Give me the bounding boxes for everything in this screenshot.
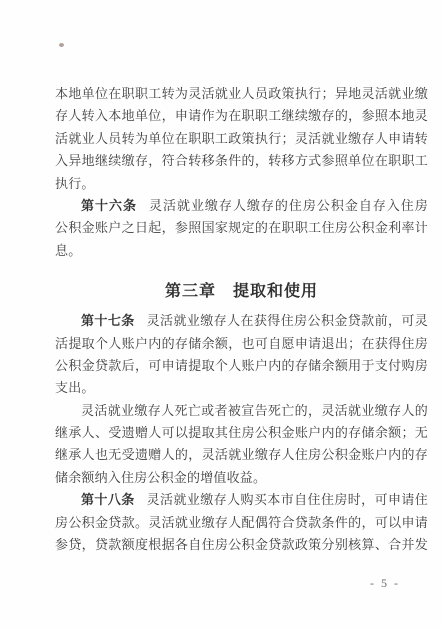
text-line: 支出。 [55,377,428,399]
text-line-content: 执行。 [55,176,95,191]
text-line: 本地单位在职职工转为灵活就业人员政策执行；异地灵活就业缴 [55,83,428,105]
article-number-label: 第十七条 [81,313,135,328]
document-body: 本地单位在职职工转为灵活就业人员政策执行；异地灵活就业缴存人转入本地单位，申请作… [55,83,428,556]
text-line: 灵活就业缴存人死亡或者被宣告死亡的，灵活就业缴存人的 [55,400,428,422]
page-number: - 5 - [370,576,400,591]
text-line-content: 支出。 [55,380,95,395]
text-line: 房公积金贷款。灵活就业缴存人配偶符合贷款条件的，可以申请 [55,512,428,534]
text-line: 第十八条灵活就业缴存人购买本市自住住房时，可申请住 [55,489,428,511]
article-number-label: 第十六条 [81,198,137,213]
text-line: 入异地继续缴存，符合转移条件的，转移方式参照单位在职职工 [55,150,428,172]
document-page: 本地单位在职职工转为灵活就业人员政策执行；异地灵活就业缴存人转入本地单位，申请作… [0,0,442,630]
text-line: 执行。 [55,173,428,195]
text-line: 息。 [55,240,428,262]
text-line-content: 本地单位在职职工转为灵活就业人员政策执行；异地灵活就业缴 [55,86,428,101]
text-line: 参贷，贷款额度根据各自住房公积金贷款政策分别核算、合并发 [55,534,428,556]
text-line: 活就业人员转为单位在职职工政策执行；灵活就业缴存人申请转 [55,128,428,150]
text-line: 第十六条灵活就业缴存人缴存的住房公积金自存入住房 [55,195,428,217]
text-line-content: 公积金贷款后，可申请提取个人账户内的存储余额用于支付购房 [55,358,428,373]
text-line-content: 公积金账户之日起，参照国家规定的在职职工住房公积金利率计 [55,220,428,235]
text-line: 第十七条灵活就业缴存人在获得住房公积金贷款前，可灵 [55,310,428,332]
text-line-content: 储余额纳入住房公积金的增值收益。 [55,470,266,485]
article-number-label: 第十八条 [81,492,135,507]
text-line-content: 灵活就业缴存人在获得住房公积金贷款前，可灵 [147,313,428,328]
text-line-content: 存人转入本地单位，申请作为在职职工继续缴存的，参照本地灵 [55,108,428,123]
text-line: 储余额纳入住房公积金的增值收益。 [55,467,428,489]
chapter-heading: 第三章 提取和使用 [55,280,428,304]
text-line-content: 房公积金贷款。灵活就业缴存人配偶符合贷款条件的，可以申请 [55,515,428,530]
text-line-content: 息。 [55,243,81,258]
text-line: 活提取个人账户内的存储余额，也可自愿申请退出；在获得住房 [55,333,428,355]
scan-speck [59,43,64,47]
text-line-content: 活提取个人账户内的存储余额，也可自愿申请退出；在获得住房 [55,336,428,351]
text-line: 继承人也无受遗赠人的，灵活就业缴存人住房公积金账户内的存 [55,444,428,466]
text-line-content: 继承人也无受遗赠人的，灵活就业缴存人住房公积金账户内的存 [55,447,428,462]
text-line: 公积金账户之日起，参照国家规定的在职职工住房公积金利率计 [55,217,428,239]
text-line-content: 灵活就业缴存人缴存的住房公积金自存入住房 [149,198,428,213]
text-line: 存人转入本地单位，申请作为在职职工继续缴存的，参照本地灵 [55,105,428,127]
text-line: 公积金贷款后，可申请提取个人账户内的存储余额用于支付购房 [55,355,428,377]
text-line-content: 继承人、受遗赠人可以提取其住房公积金账户内的存储余额；无 [55,425,428,440]
text-line-content: 灵活就业缴存人死亡或者被宣告死亡的，灵活就业缴存人的 [81,403,428,418]
text-line: 继承人、受遗赠人可以提取其住房公积金账户内的存储余额；无 [55,422,428,444]
text-line-content: 参贷，贷款额度根据各自住房公积金贷款政策分别核算、合并发 [55,537,428,552]
text-line-content: 活就业人员转为单位在职职工政策执行；灵活就业缴存人申请转 [55,131,428,146]
text-line-content: 入异地继续缴存，符合转移条件的，转移方式参照单位在职职工 [55,153,428,168]
text-line-content: 灵活就业缴存人购买本市自住住房时，可申请住 [147,492,428,507]
